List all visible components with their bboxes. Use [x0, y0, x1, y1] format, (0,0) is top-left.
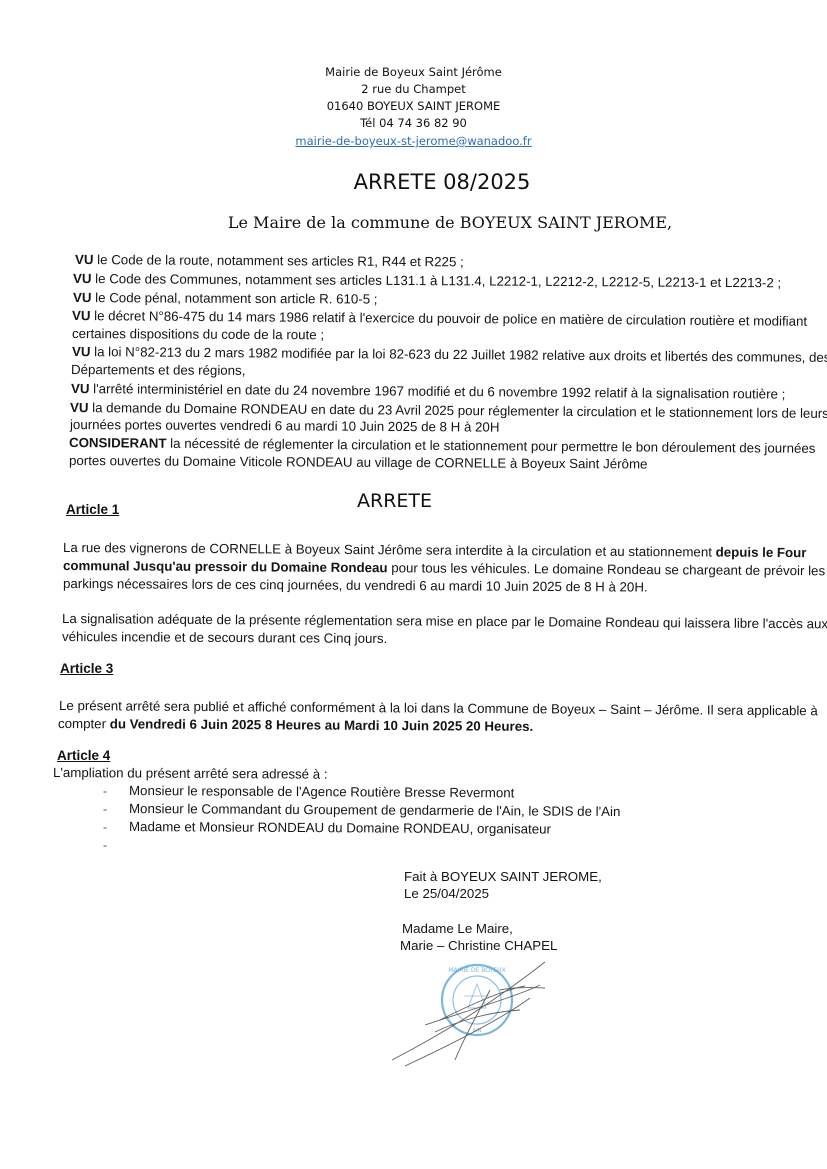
list-bullet: -	[103, 838, 107, 852]
considerant-line: VU le Code des Communes, notamment ses a…	[73, 271, 781, 290]
letterhead-name: Mairie de Boyeux Saint Jérôme	[0, 64, 827, 81]
official-stamp-and-signature: MAIRIE DE BOYEUX AIN	[380, 950, 580, 1080]
letterhead-city: 01640 BOYEUX SAINT JEROME	[0, 98, 827, 115]
article-1-line: La signalisation adéquate de la présente…	[62, 611, 827, 631]
article-1-line: véhicules incendie et de secours durant …	[62, 629, 387, 646]
article-4-heading: Article 4	[57, 748, 110, 763]
article-3-heading: Article 3	[60, 661, 113, 676]
letterhead-street: 2 rue du Champet	[0, 81, 827, 98]
considerant-line-cont: Départements et des régions,	[71, 362, 246, 378]
document-subtitle: Le Maire de la commune de BOYEUX SAINT J…	[0, 213, 827, 232]
document-title: ARRETE 08/2025	[0, 170, 827, 194]
list-bullet: -	[103, 784, 107, 798]
document-page: Mairie de Boyeux Saint Jérôme 2 rue du C…	[0, 0, 827, 1169]
letterhead-email-link[interactable]: mairie-de-boyeux-st-jerome@wanadoo.fr	[0, 133, 827, 150]
considerant-line: VU le Code pénal, notamment son article …	[73, 290, 378, 307]
considerant-line-cont: journées portes ouvertes vendredi 6 au m…	[70, 417, 500, 435]
recipient-item: Madame et Monsieur RONDEAU du Domaine RO…	[129, 819, 551, 837]
signature-role: Madame Le Maire,	[402, 921, 513, 936]
recipient-item: Monsieur le Commandant du Groupement de …	[129, 801, 621, 819]
article-4-intro: L'ampliation du présent arrêté sera adre…	[53, 765, 328, 782]
signature-place: Fait à BOYEUX SAINT JEROME,	[404, 869, 602, 884]
recipient-item: Monsieur le responsable de l'Agence Rout…	[129, 783, 514, 800]
considerant-line-cont: certaines dispositions du code de la rou…	[72, 326, 324, 342]
considerant-line: VU l'arrêté interministériel en date du …	[71, 381, 785, 402]
article-1-line: La rue des vignerons de CORNELLE à Boyeu…	[63, 540, 807, 560]
list-bullet: -	[103, 820, 107, 834]
svg-text:MAIRIE DE BOYEUX: MAIRIE DE BOYEUX	[448, 967, 505, 974]
considerant-line-cont: portes ouvertes du Domaine Viticole ROND…	[69, 453, 648, 472]
letterhead-phone: Tél 04 74 36 82 90	[0, 115, 827, 132]
considerant-line: VU le Code de la route, notamment ses ar…	[75, 252, 464, 269]
list-bullet: -	[103, 802, 107, 816]
article-1-line: parkings nécessaires lors de ces cinq jo…	[63, 576, 648, 595]
article-1-heading: Article 1	[66, 502, 119, 517]
article-3-line: compter du Vendredi 6 Juin 2025 8 Heures…	[58, 716, 533, 734]
article-3-line: Le présent arrêté sera publié et affiché…	[59, 698, 818, 718]
signature-date: Le 25/04/2025	[404, 886, 489, 901]
arrete-heading: ARRETE	[357, 490, 432, 512]
article-1-line: communal Jusqu'au pressoir du Domaine Ro…	[63, 558, 825, 578]
